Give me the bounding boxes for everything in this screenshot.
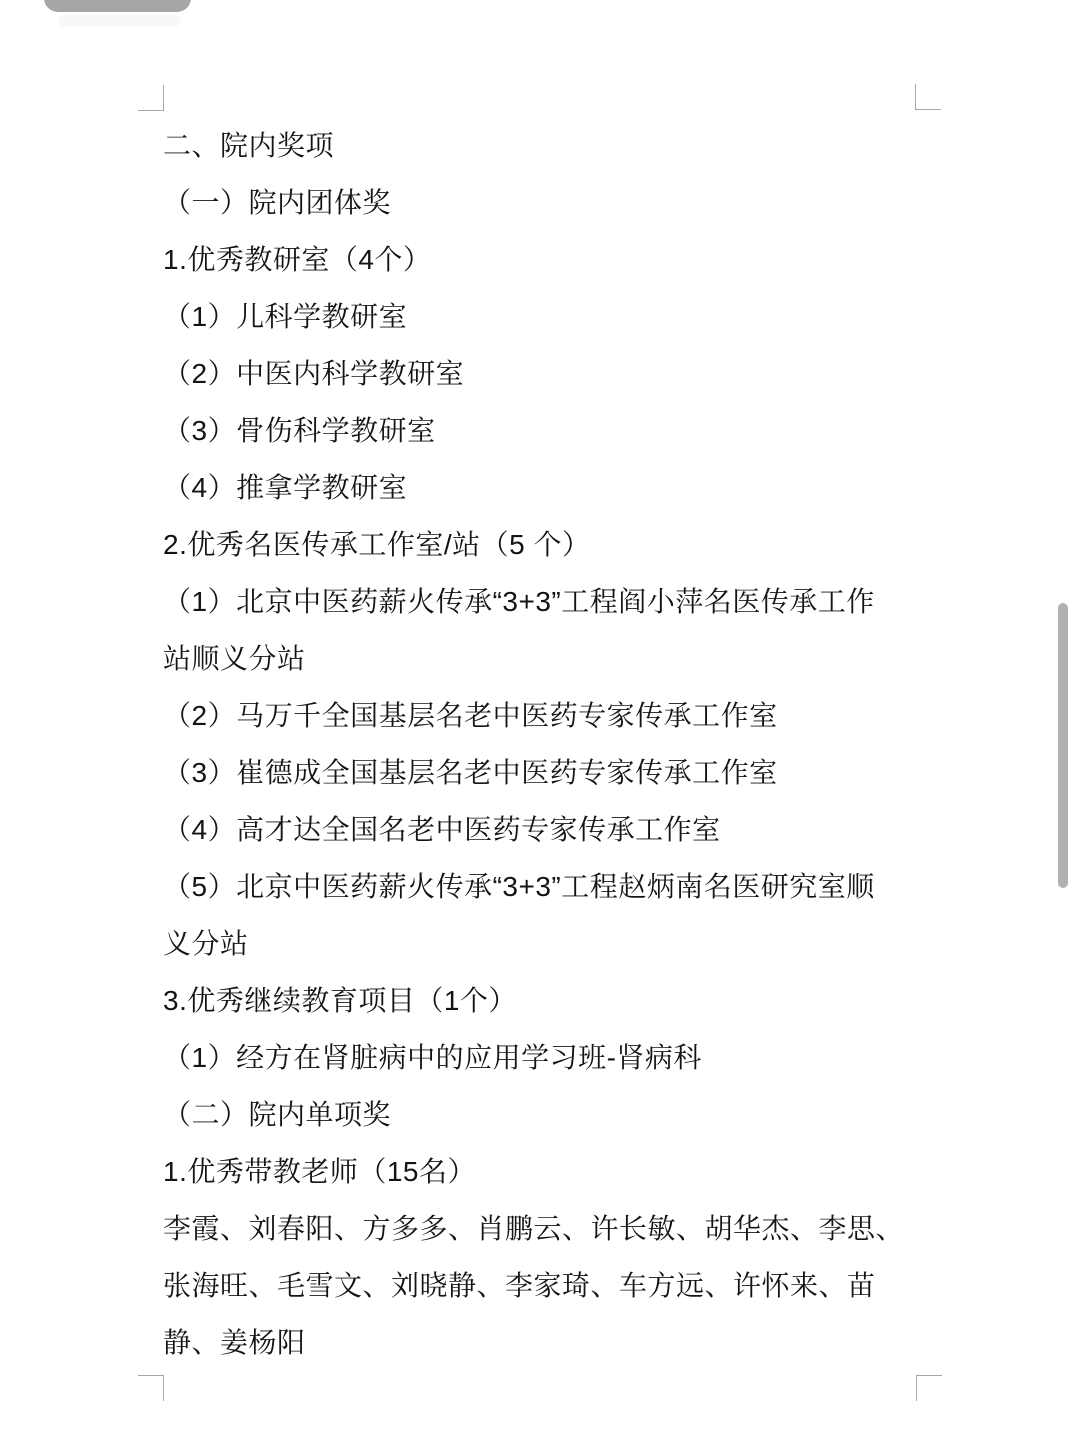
- page-corner-mark-top-left: [138, 85, 164, 111]
- pill-button-shadow: [58, 15, 180, 27]
- document-line: （4）高才达全国名老中医药专家传承工作室: [163, 801, 927, 858]
- document-body: 二、院内奖项 （一）院内团体奖 1.优秀教研室（4个） （1）儿科学教研室 （2…: [163, 117, 927, 1371]
- document-line: （5）北京中医药薪火传承“3+3”工程赵炳南名医研究室顺: [163, 858, 927, 915]
- scrollbar-thumb[interactable]: [1058, 603, 1068, 888]
- document-line: 李霞、刘春阳、方多多、肖鹏云、许长敏、胡华杰、李思、: [163, 1200, 927, 1257]
- document-line: （3）崔德成全国基层名老中医药专家传承工作室: [163, 744, 927, 801]
- document-line: （1）儿科学教研室: [163, 288, 927, 345]
- page-corner-mark-bottom-left: [138, 1375, 164, 1401]
- document-line: （3）骨伤科学教研室: [163, 402, 927, 459]
- document-line: 静、姜杨阳: [163, 1314, 927, 1371]
- document-line: 3.优秀继续教育项目（1个）: [163, 972, 927, 1029]
- floating-pill-button[interactable]: [44, 0, 191, 12]
- document-line: （1）经方在肾脏病中的应用学习班-肾病科: [163, 1029, 927, 1086]
- document-line: 站顺义分站: [163, 630, 927, 687]
- document-line: （2）中医内科学教研室: [163, 345, 927, 402]
- page-corner-mark-bottom-right: [916, 1375, 942, 1401]
- page-corner-mark-top-right: [915, 84, 941, 110]
- document-line: 张海旺、毛雪文、刘晓静、李家琦、车方远、许怀来、苗: [163, 1257, 927, 1314]
- document-line: 2.优秀名医传承工作室/站（5 个）: [163, 516, 927, 573]
- document-line: 1.优秀教研室（4个）: [163, 231, 927, 288]
- document-line: 义分站: [163, 915, 927, 972]
- document-line: （二）院内单项奖: [163, 1086, 927, 1143]
- document-line: （2）马万千全国基层名老中医药专家传承工作室: [163, 687, 927, 744]
- document-line: （4）推拿学教研室: [163, 459, 927, 516]
- document-line: 1.优秀带教老师（15名）: [163, 1143, 927, 1200]
- document-line: （一）院内团体奖: [163, 174, 927, 231]
- document-viewer: 二、院内奖项 （一）院内团体奖 1.优秀教研室（4个） （1）儿科学教研室 （2…: [0, 0, 1080, 1441]
- document-line: 二、院内奖项: [163, 117, 927, 174]
- document-line: （1）北京中医药薪火传承“3+3”工程阎小萍名医传承工作: [163, 573, 927, 630]
